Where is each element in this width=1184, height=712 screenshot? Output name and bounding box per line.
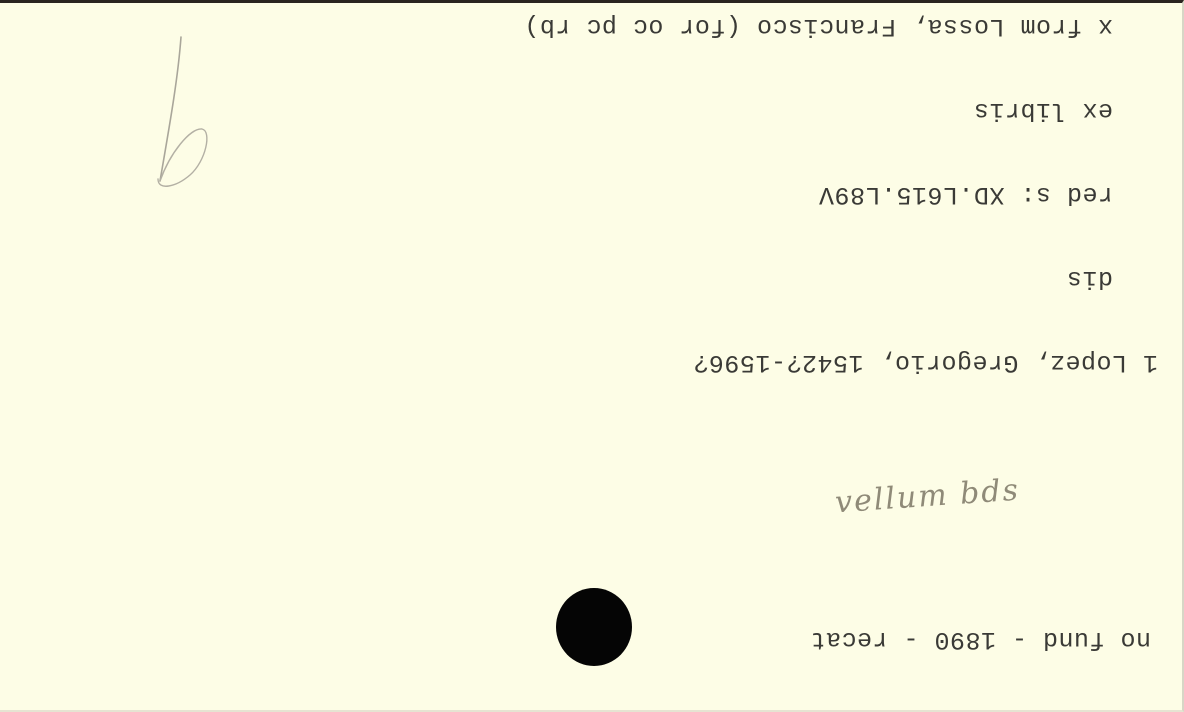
black-dot-marker	[556, 588, 632, 666]
main-heading: 1 Lopez, Gregorio, 1542?-1596?	[524, 348, 1158, 376]
ex-libris-line: ex libris	[524, 96, 1158, 124]
heading-block: 1 Lopez, Gregorio, 1542?-1596? dis red s…	[524, 0, 1158, 432]
rotated-typed-layer: no fund - 1890 - recat 1 Lopez, Gregorio…	[0, 3, 1184, 712]
dis-line: dis	[524, 264, 1158, 292]
footer-note: no fund - 1890 - recat	[810, 625, 1151, 653]
red-s-line: red s: XD.L615.L89V	[524, 180, 1158, 208]
cross-reference-line: x from Lossa, Francisco (for oc pc rb)	[524, 12, 1158, 40]
catalog-card: vellum bds no fund - 1890 - recat 1 Lope…	[0, 0, 1184, 712]
